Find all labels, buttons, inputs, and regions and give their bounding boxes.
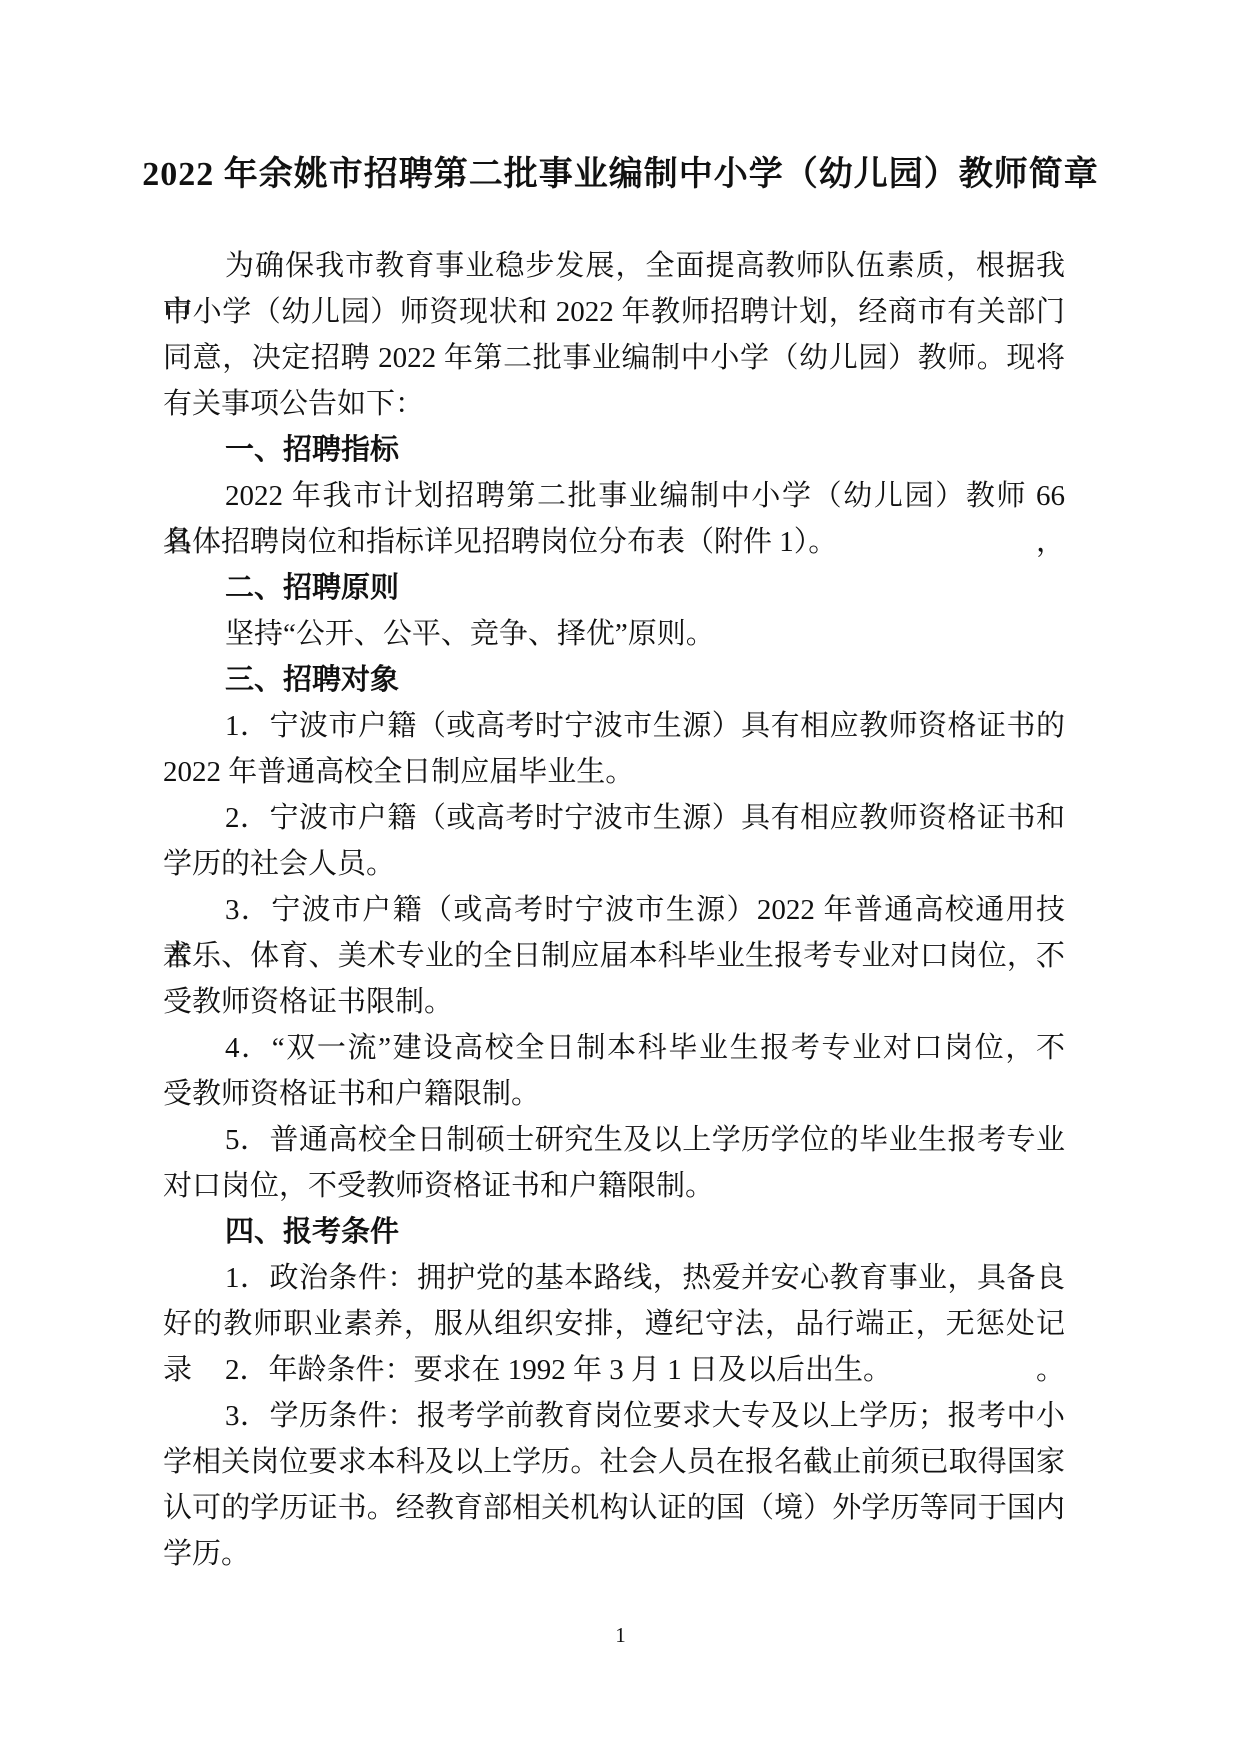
text-line: 认可的学历证书。经教育部相关机构认证的国（境）外学历等同于国内 bbox=[163, 1485, 1065, 1531]
text-line: 2．宁波市户籍（或高考时宁波市生源）具有相应教师资格证书和 bbox=[163, 795, 1065, 841]
text-line: 中小学（幼儿园）师资现状和 2022 年教师招聘计划，经商市有关部门 bbox=[163, 289, 1065, 335]
text-line: 2022 年我市计划招聘第二批事业编制中小学（幼儿园）教师 66 名， bbox=[163, 473, 1065, 519]
text-line: 5．普通高校全日制硕士研究生及以上学历学位的毕业生报考专业 bbox=[163, 1117, 1065, 1163]
text-line: 受教师资格证书限制。 bbox=[163, 979, 1065, 1025]
text-line: 坚持“公开、公平、竞争、择优”原则。 bbox=[163, 611, 1065, 657]
section-heading: 四、报考条件 bbox=[163, 1209, 1065, 1255]
section-heading: 一、招聘指标 bbox=[163, 427, 1065, 473]
text-line: 4．“双一流”建设高校全日制本科毕业生报考专业对口岗位，不 bbox=[163, 1025, 1065, 1071]
document-body: 为确保我市教育事业稳步发展，全面提高教师队伍素质，根据我市 中小学（幼儿园）师资… bbox=[163, 243, 1065, 1577]
text-line: 音乐、体育、美术专业的全日制应届本科毕业生报考专业对口岗位，不 bbox=[163, 933, 1065, 979]
text-line: 学历。 bbox=[163, 1531, 1065, 1577]
section-heading: 三、招聘对象 bbox=[163, 657, 1065, 703]
document-page: 2022 年余姚市招聘第二批事业编制中小学（幼儿园）教师简章 为确保我市教育事业… bbox=[0, 0, 1241, 1754]
text-line: 学历的社会人员。 bbox=[163, 841, 1065, 887]
text-line: 为确保我市教育事业稳步发展，全面提高教师队伍素质，根据我市 bbox=[163, 243, 1065, 289]
document-title: 2022 年余姚市招聘第二批事业编制中小学（幼儿园）教师简章 bbox=[0, 146, 1241, 195]
text-line: 学相关岗位要求本科及以上学历。社会人员在报名截止前须已取得国家 bbox=[163, 1439, 1065, 1485]
page-number: 1 bbox=[0, 1622, 1241, 1648]
text-line: 1．政治条件：拥护党的基本路线，热爱并安心教育事业，具备良 bbox=[163, 1255, 1065, 1301]
text-line: 有关事项公告如下： bbox=[163, 381, 1065, 427]
section-heading: 二、招聘原则 bbox=[163, 565, 1065, 611]
text-line: 好的教师职业素养，服从组织安排，遵纪守法，品行端正，无惩处记录。 bbox=[163, 1301, 1065, 1347]
text-line: 3．学历条件：报考学前教育岗位要求大专及以上学历；报考中小 bbox=[163, 1393, 1065, 1439]
text-line: 3．宁波市户籍（或高考时宁波市生源）2022 年普通高校通用技术、 bbox=[163, 887, 1065, 933]
text-line: 2022 年普通高校全日制应届毕业生。 bbox=[163, 749, 1065, 795]
text-line: 1．宁波市户籍（或高考时宁波市生源）具有相应教师资格证书的 bbox=[163, 703, 1065, 749]
text-line: 同意，决定招聘 2022 年第二批事业编制中小学（幼儿园）教师。现将 bbox=[163, 335, 1065, 381]
text-line: 受教师资格证书和户籍限制。 bbox=[163, 1071, 1065, 1117]
text-line: 对口岗位，不受教师资格证书和户籍限制。 bbox=[163, 1163, 1065, 1209]
